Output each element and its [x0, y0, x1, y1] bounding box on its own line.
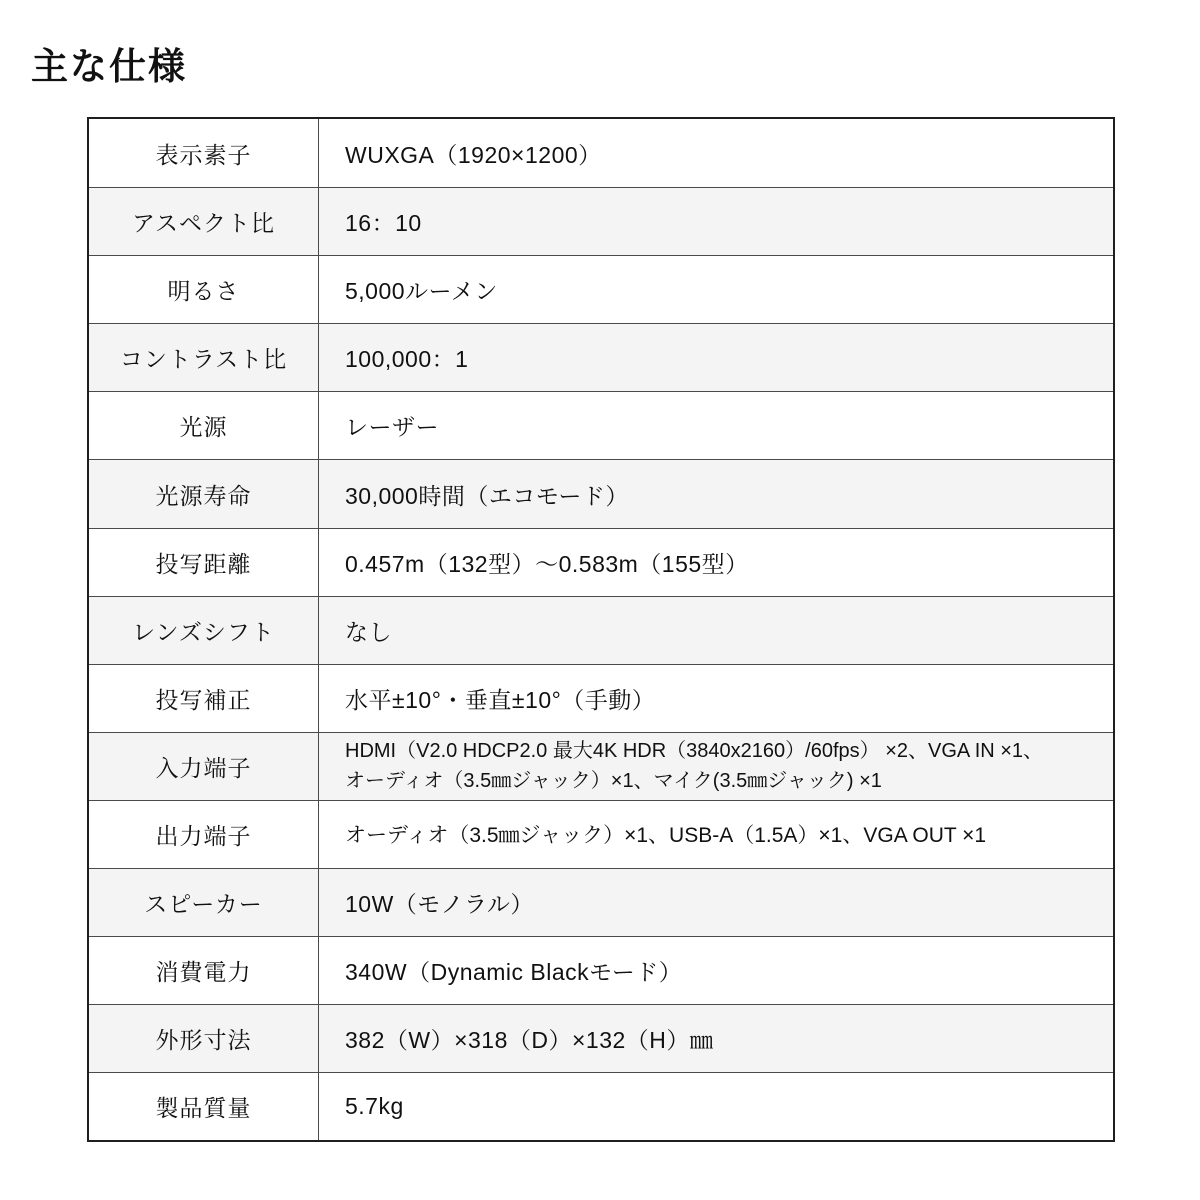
spec-value: 382（W）×318（D）×132（H）㎜ [319, 1005, 1113, 1072]
spec-label: 投写補正 [89, 665, 319, 732]
spec-label: 明るさ [89, 256, 319, 323]
spec-row-projection-distance: 投写距離 0.457m（132型）～0.583m（155型） [89, 528, 1113, 596]
spec-label: コントラスト比 [89, 324, 319, 391]
spec-value: 5.7kg [319, 1073, 1113, 1140]
spec-row-power-consumption: 消費電力 340W（Dynamic Blackモード） [89, 936, 1113, 1004]
spec-row-aspect-ratio: アスペクト比 16：10 [89, 187, 1113, 255]
spec-row-display-element: 表示素子 WUXGA（1920×1200） [89, 119, 1113, 187]
spec-value-line-2: オーディオ（3.5㎜ジャック）×1、マイク(3.5㎜ジャック) ×1 [345, 766, 882, 796]
spec-value: 340W（Dynamic Blackモード） [319, 937, 1113, 1004]
spec-row-brightness: 明るさ 5,000ルーメン [89, 255, 1113, 323]
spec-table: 表示素子 WUXGA（1920×1200） アスペクト比 16：10 明るさ 5… [87, 117, 1115, 1142]
spec-value: 100,000：1 [319, 324, 1113, 391]
spec-label: 光源 [89, 392, 319, 459]
spec-value: WUXGA（1920×1200） [319, 119, 1113, 187]
spec-label: 入力端子 [89, 733, 319, 800]
spec-value: 5,000ルーメン [319, 256, 1113, 323]
spec-row-light-source-life: 光源寿命 30,000時間（エコモード） [89, 459, 1113, 527]
spec-value: 10W（モノラル） [319, 869, 1113, 936]
spec-value: なし [319, 597, 1113, 664]
spec-value: 16：10 [319, 188, 1113, 255]
spec-label: 投写距離 [89, 529, 319, 596]
spec-page: 主な仕様 表示素子 WUXGA（1920×1200） アスペクト比 16：10 … [0, 0, 1200, 1200]
spec-row-output-terminals: 出力端子 オーディオ（3.5㎜ジャック）×1、USB-A（1.5A）×1、VGA… [89, 800, 1113, 868]
spec-row-weight: 製品質量 5.7kg [89, 1072, 1113, 1140]
spec-value: レーザー [319, 392, 1113, 459]
spec-label: 光源寿命 [89, 460, 319, 527]
spec-value-line-1: HDMI（V2.0 HDCP2.0 最大4K HDR（3840x2160）/60… [345, 736, 1043, 766]
spec-label: 表示素子 [89, 119, 319, 187]
spec-value: オーディオ（3.5㎜ジャック）×1、USB-A（1.5A）×1、VGA OUT … [319, 801, 1113, 868]
spec-value: 30,000時間（エコモード） [319, 460, 1113, 527]
page-title: 主な仕様 [31, 36, 187, 90]
spec-row-dimensions: 外形寸法 382（W）×318（D）×132（H）㎜ [89, 1004, 1113, 1072]
spec-value: 水平±10°・垂直±10°（手動） [319, 665, 1113, 732]
spec-label: 出力端子 [89, 801, 319, 868]
spec-row-light-source: 光源 レーザー [89, 391, 1113, 459]
spec-row-keystone-correction: 投写補正 水平±10°・垂直±10°（手動） [89, 664, 1113, 732]
spec-row-input-terminals: 入力端子 HDMI（V2.0 HDCP2.0 最大4K HDR（3840x216… [89, 732, 1113, 800]
spec-row-contrast-ratio: コントラスト比 100,000：1 [89, 323, 1113, 391]
spec-value: HDMI（V2.0 HDCP2.0 最大4K HDR（3840x2160）/60… [319, 733, 1113, 800]
spec-value: 0.457m（132型）～0.583m（155型） [319, 529, 1113, 596]
spec-label: アスペクト比 [89, 188, 319, 255]
spec-row-speaker: スピーカー 10W（モノラル） [89, 868, 1113, 936]
spec-label: 消費電力 [89, 937, 319, 1004]
spec-label: レンズシフト [89, 597, 319, 664]
spec-label: 外形寸法 [89, 1005, 319, 1072]
spec-label: 製品質量 [89, 1073, 319, 1140]
spec-label: スピーカー [89, 869, 319, 936]
spec-row-lens-shift: レンズシフト なし [89, 596, 1113, 664]
